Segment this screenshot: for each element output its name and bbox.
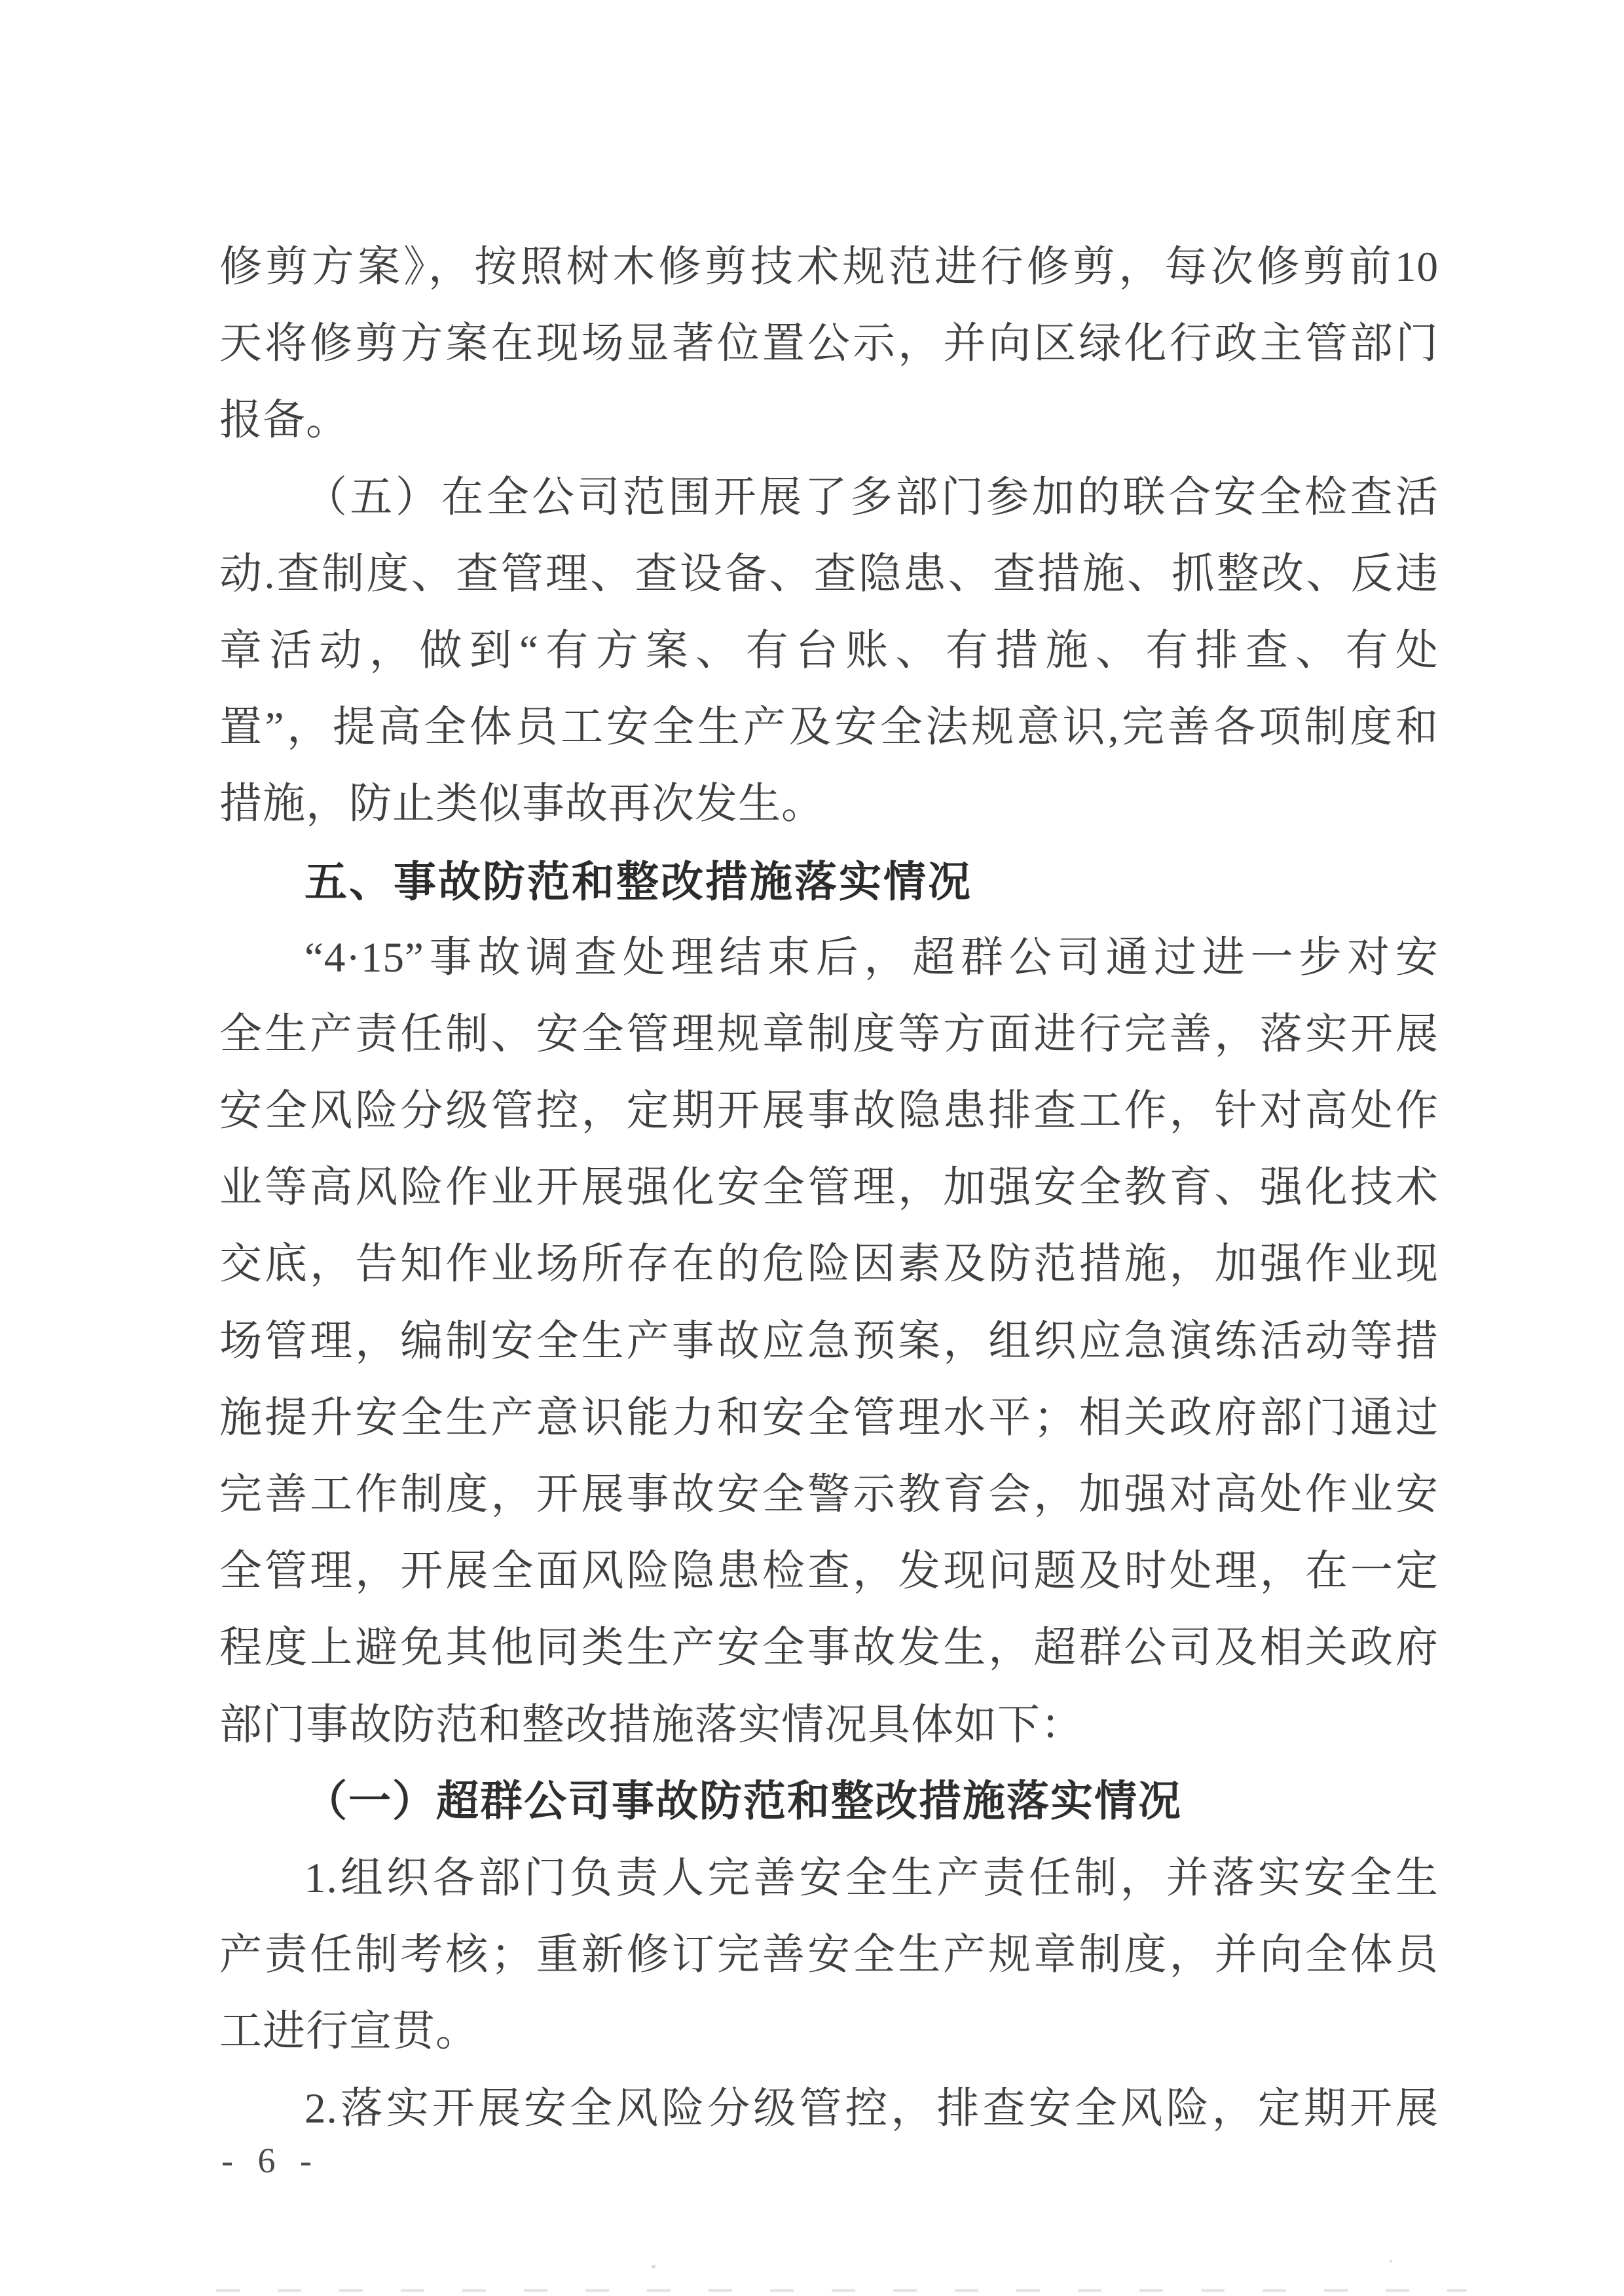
subsection-heading: （一）超群公司事故防范和整改措施落实情况 — [219, 1764, 1439, 1840]
text-line: 置”，提高全体员工安全生产及安全法规意识,完善各项制度和 — [219, 689, 1439, 766]
text-line: 全生产责任制、安全管理规章制度等方面进行完善，落实开展 — [219, 996, 1439, 1073]
document-body: 修剪方案》，按照树木修剪技术规范进行修剪，每次修剪前10 天将修剪方案在现场显著… — [219, 229, 1439, 2147]
text-line: 章活动，做到“有方案、有台账、有措施、有排查、有处 — [219, 613, 1439, 689]
text-line: 工进行宣贯。 — [219, 1994, 1439, 2070]
text-line: “4·15”事故调查处理结束后，超群公司通过进一步对安 — [219, 920, 1439, 996]
page-number: - 6 - — [221, 2141, 320, 2180]
text-line: 修剪方案》，按照树木修剪技术规范进行修剪，每次修剪前10 — [219, 229, 1439, 306]
text-line: 天将修剪方案在现场显著位置公示，并向区绿化行政主管部门 — [219, 306, 1439, 382]
text-line: 全管理，开展全面风险隐患检查，发现问题及时处理，在一定 — [219, 1533, 1439, 1610]
text-line: 业等高风险作业开展强化安全管理，加强安全教育、强化技术 — [219, 1150, 1439, 1226]
text-line: （五）在全公司范围开展了多部门参加的联合安全检查活 — [219, 460, 1439, 536]
scan-speck — [1390, 2260, 1392, 2263]
scan-speck — [652, 2265, 655, 2269]
text-line: 完善工作制度，开展事故安全警示教育会，加强对高处作业安 — [219, 1457, 1439, 1533]
text-line: 动.查制度、查管理、查设备、查隐患、查措施、抓整改、反违 — [219, 536, 1439, 613]
text-line: 产责任制考核；重新修订完善安全生产规章制度，并向全体员 — [219, 1917, 1439, 1994]
scan-noise-strip — [216, 2289, 1467, 2292]
text-line: 1.组织各部门负责人完善安全生产责任制，并落实安全生 — [219, 1840, 1439, 1917]
text-line: 场管理，编制安全生产事故应急预案，组织应急演练活动等措 — [219, 1303, 1439, 1380]
text-line: 施提升安全生产意识能力和安全管理水平；相关政府部门通过 — [219, 1380, 1439, 1457]
scanned-document-page: { "page": { "number_label": "- 6 -" }, "… — [0, 0, 1624, 2296]
section-heading: 五、事故防范和整改措施落实情况 — [219, 843, 1439, 920]
text-line: 交底，告知作业场所存在的危险因素及防范措施，加强作业现 — [219, 1226, 1439, 1303]
text-line: 部门事故防范和整改措施落实情况具体如下： — [219, 1687, 1439, 1764]
text-line: 程度上避免其他同类生产安全事故发生，超群公司及相关政府 — [219, 1610, 1439, 1686]
text-line: 2.落实开展安全风险分级管控，排查安全风险，定期开展 — [219, 2071, 1439, 2147]
text-line: 措施，防止类似事故再次发生。 — [219, 766, 1439, 843]
text-line: 报备。 — [219, 382, 1439, 459]
text-line: 安全风险分级管控，定期开展事故隐患排查工作，针对高处作 — [219, 1073, 1439, 1150]
